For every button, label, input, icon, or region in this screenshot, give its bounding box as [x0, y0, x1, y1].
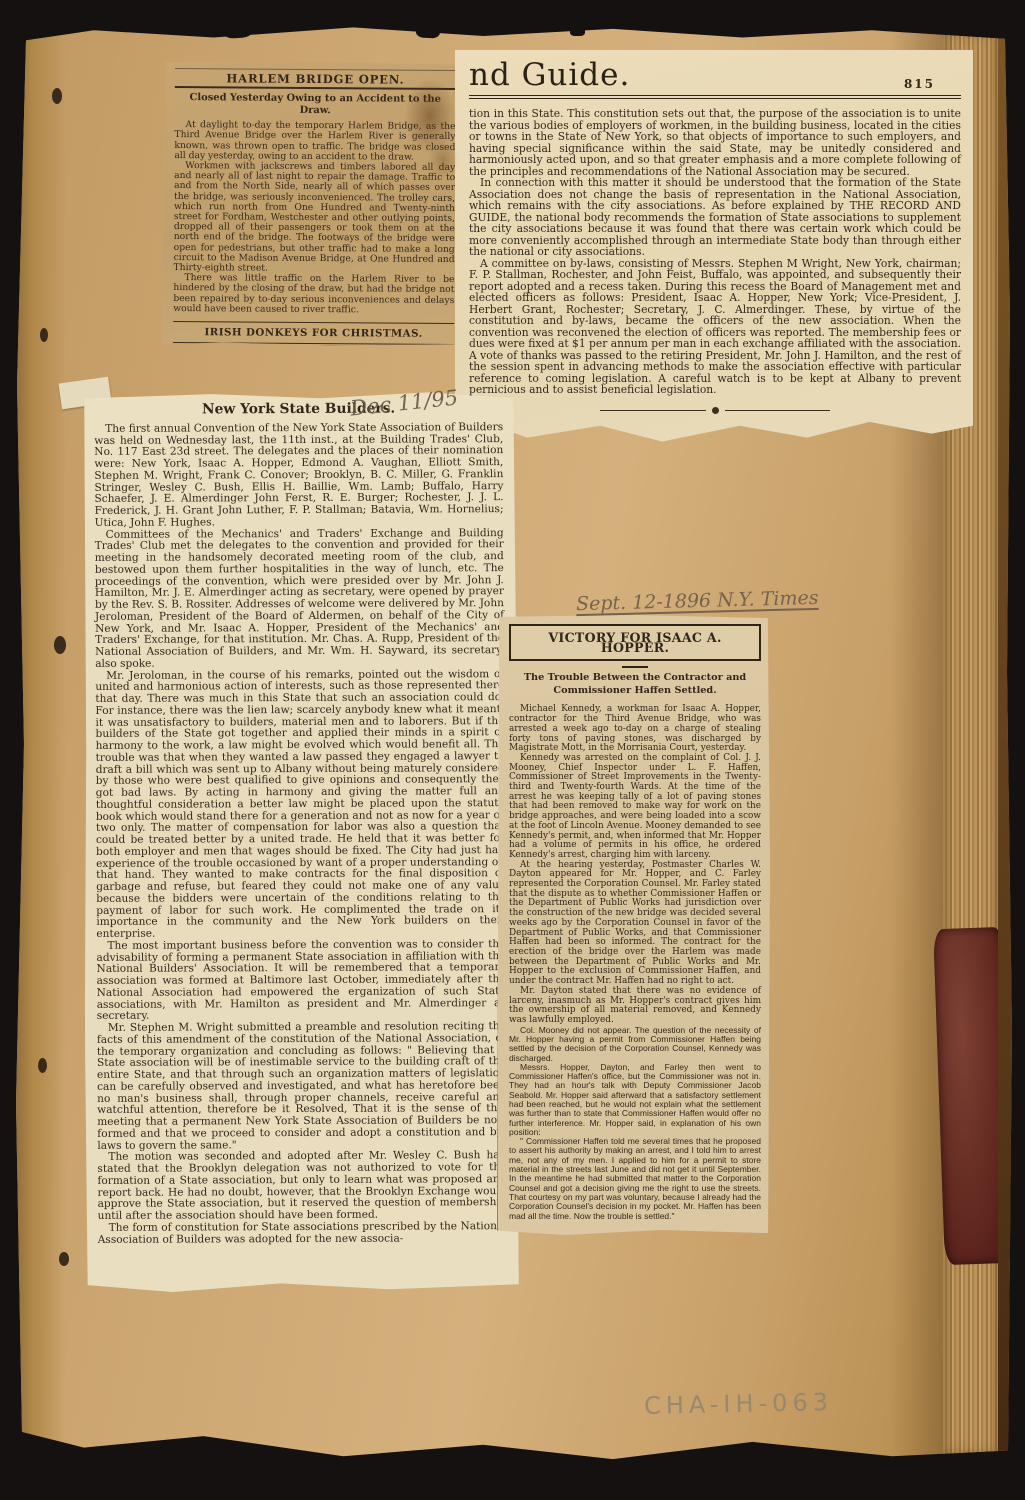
- section-divider: [600, 407, 830, 414]
- clipping-state-builders: New York State Builders. The first annua…: [82, 391, 519, 1294]
- journal-title-fragment: nd Guide.: [469, 60, 630, 90]
- article-subhead: The Trouble Between the Contractor and C…: [517, 672, 753, 697]
- handwritten-catalog-number: CHA-IH-063: [644, 1388, 833, 1420]
- article-paragraph: At the hearing yesterday, Postmaster Cha…: [509, 861, 761, 987]
- journal-page-number: 815: [904, 79, 961, 91]
- article-paragraph: Kennedy was arrested on the complaint of…: [509, 754, 761, 861]
- headline-divider: [622, 666, 648, 668]
- article-paragraph: The first annual Convention of the New Y…: [94, 422, 503, 530]
- torn-binding-edge: [14, 26, 66, 1462]
- binding-hole: [54, 636, 66, 654]
- journal-header: nd Guide. 815: [469, 60, 961, 99]
- tape-mark: [570, 27, 585, 36]
- article-paragraph: Col. Mooney did not appear. The question…: [509, 1026, 761, 1063]
- article-paragraph: Michael Kennedy, a workman for Isaac A. …: [509, 705, 761, 754]
- article-paragraph: " Commissioner Haffen told me several ti…: [509, 1137, 761, 1221]
- ink-stain: [428, 140, 458, 180]
- article-headline: VICTORY FOR ISAAC A. HOPPER.: [509, 624, 761, 661]
- article-paragraph: The most important business before the c…: [96, 939, 505, 1023]
- article-paragraph: Committees of the Mechanics' and Traders…: [95, 528, 505, 671]
- binding-hole: [52, 88, 62, 104]
- article-paragraph: Workmen with jackscrews and timbers labo…: [174, 161, 456, 275]
- article-paragraph: Messrs. Hopper, Dayton, and Farley then …: [509, 1063, 761, 1137]
- article-paragraph: Mr. Jeroloman, in the course of his rema…: [95, 669, 505, 941]
- scrapbook-photo: HARLEM BRIDGE OPEN. Closed Yesterday Owi…: [0, 0, 1025, 1500]
- article-paragraph: Mr. Stephen M. Wright submitted a preamb…: [97, 1021, 507, 1152]
- article-paragraph: tion in this State. This constitution se…: [469, 108, 961, 177]
- article-paragraph: There was little traffic on the Harlem R…: [173, 273, 454, 316]
- tape-mark: [416, 21, 441, 38]
- article-paragraph: In connection with this matter it should…: [469, 177, 961, 258]
- clipping-victory-hopper: VICTORY FOR ISAAC A. HOPPER. The Trouble…: [497, 615, 770, 1237]
- article-paragraph: The form of constitution for State assoc…: [98, 1221, 507, 1246]
- binding-hole: [38, 1058, 47, 1073]
- article-paragraph: The motion was seconded and adopted afte…: [97, 1150, 506, 1222]
- book-cover-edge: [998, 26, 1012, 1462]
- article-paragraph: Mr. Dayton stated that there was no evid…: [509, 987, 761, 1026]
- clipping-record-and-guide: nd Guide. 815 tion in this State. This c…: [455, 50, 973, 444]
- article-paragraph: A committee on by-laws, consisting of Me…: [469, 258, 961, 396]
- binding-hole: [59, 1252, 69, 1266]
- binding-hole: [40, 328, 48, 342]
